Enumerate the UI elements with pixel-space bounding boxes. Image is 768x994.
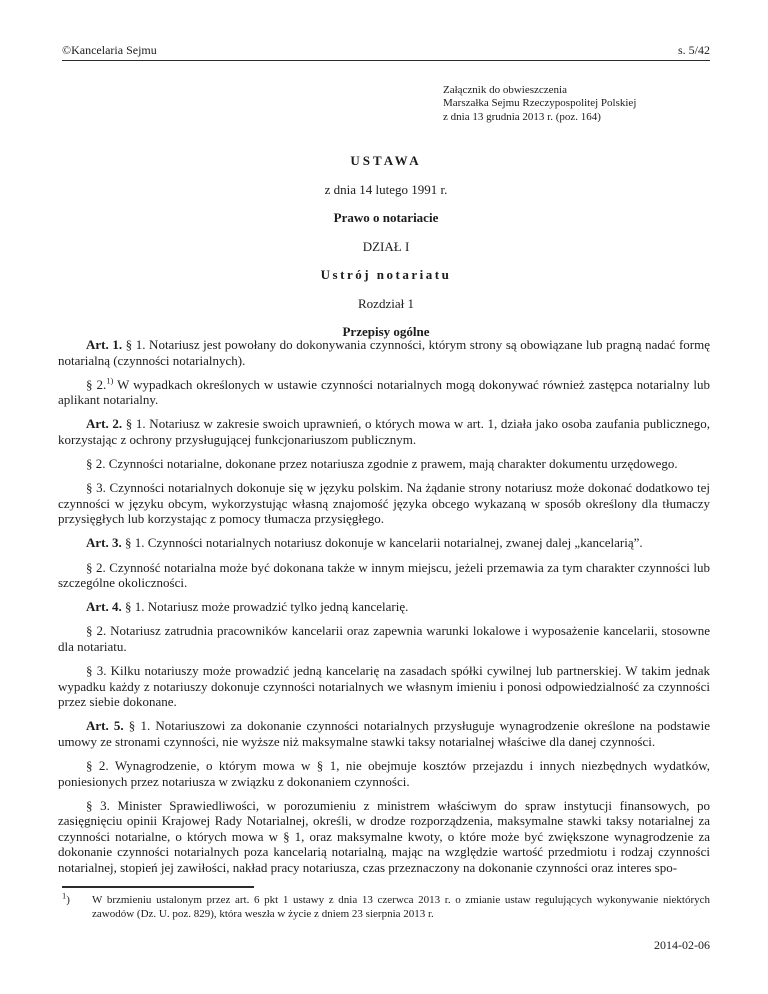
- body-paragraph: § 2. Czynności notarialne, dokonane prze…: [58, 456, 710, 472]
- division-label: DZIAŁ I: [62, 240, 710, 254]
- page-header: ©Kancelaria Sejmu s. 5/42: [62, 44, 710, 61]
- footnote: 1) W brzmieniu ustalonym przez art. 6 pk…: [62, 893, 710, 921]
- body-paragraph: § 2. Wynagrodzenie, o którym mowa w § 1,…: [58, 758, 710, 789]
- division-title: Ustrój notariatu: [62, 268, 710, 282]
- annex-line: Marszałka Sejmu Rzeczypospolitej Polskie…: [443, 97, 636, 110]
- header-publisher: ©Kancelaria Sejmu: [62, 44, 157, 57]
- body-paragraph: § 2.1) W wypadkach określonych w ustawie…: [58, 377, 710, 408]
- body-paragraph: Art. 2. § 1. Notariusz w zakresie swoich…: [58, 416, 710, 447]
- footnote-marker-suffix: ): [66, 894, 70, 906]
- body-paragraph: § 3. Czynności notarialnych dokonuje się…: [58, 480, 710, 527]
- annex-line: z dnia 13 grudnia 2013 r. (poz. 164): [443, 111, 636, 124]
- body-paragraph: § 2. Notariusz zatrudnia pracowników kan…: [58, 623, 710, 654]
- title-block: USTAWA z dnia 14 lutego 1991 r. Prawo o …: [62, 154, 710, 354]
- act-date: z dnia 14 lutego 1991 r.: [62, 183, 710, 197]
- annex-line: Załącznik do obwieszczenia: [443, 84, 636, 97]
- body-paragraph: Art. 1. § 1. Notariusz jest powołany do …: [58, 337, 710, 368]
- footnote-separator-rule: [62, 886, 254, 888]
- body-paragraph: Art. 4. § 1. Notariusz może prowadzić ty…: [58, 599, 710, 615]
- body-paragraph: Art. 5. § 1. Notariuszowi za dokonanie c…: [58, 718, 710, 749]
- body-paragraph: § 3. Kilku notariuszy może prowadzić jed…: [58, 663, 710, 710]
- document-page: ©Kancelaria Sejmu s. 5/42 Załącznik do o…: [0, 0, 768, 994]
- annex-note: Załącznik do obwieszczenia Marszałka Sej…: [443, 84, 636, 124]
- body-paragraph: § 3. Minister Sprawiedliwości, w porozum…: [58, 798, 710, 876]
- footer-date: 2014-02-06: [62, 938, 710, 952]
- body-paragraph: § 2. Czynność notarialna może być dokona…: [58, 560, 710, 591]
- footnote-text: W brzmieniu ustalonym przez art. 6 pkt 1…: [92, 893, 710, 921]
- act-title: USTAWA: [62, 154, 710, 168]
- body-paragraph: Art. 3. § 1. Czynności notarialnych nota…: [58, 535, 710, 551]
- footnote-marker: 1): [62, 893, 92, 921]
- header-page-number: s. 5/42: [678, 44, 710, 57]
- chapter-label: Rozdział 1: [62, 297, 710, 311]
- law-name: Prawo o notariacie: [62, 211, 710, 225]
- body-paragraphs: Art. 1. § 1. Notariusz jest powołany do …: [58, 337, 710, 884]
